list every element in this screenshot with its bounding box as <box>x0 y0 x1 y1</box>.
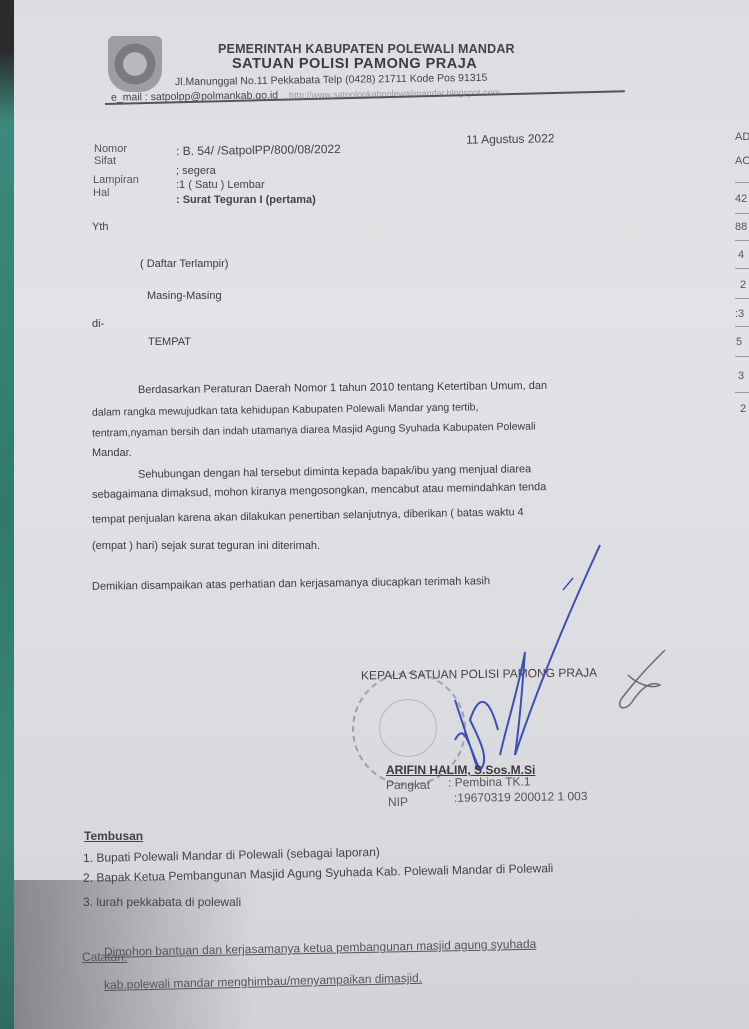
edge-divider <box>735 213 749 214</box>
edge-fragment: AO <box>735 155 749 167</box>
edge-fragment: AD <box>735 131 749 143</box>
edge-fragment: 4 <box>738 249 744 261</box>
edge-fragment: 2 <box>740 403 746 415</box>
edge-fragment: :3 <box>735 308 744 320</box>
tembusan-heading: Tembusan <box>84 829 143 843</box>
edge-fragment: 2 <box>740 279 746 291</box>
rank-label: Pangkat <box>386 778 430 792</box>
edge-fragment: 42 <box>735 193 747 205</box>
edge-divider <box>735 268 749 269</box>
edge-fragment: 5 <box>736 336 742 348</box>
edge-divider <box>735 298 749 299</box>
tembusan-item-3: 3. lurah pekkabata di polewali <box>83 895 241 909</box>
rank-value: : Pembina TK.1 <box>448 774 531 789</box>
edge-fragment: 88 <box>735 221 747 233</box>
edge-divider <box>735 356 749 357</box>
edge-fragment: 3 <box>738 370 744 382</box>
nip-label: NIP <box>388 795 408 809</box>
nip-value: :19670319 200012 1 003 <box>454 789 588 805</box>
edge-divider <box>735 392 749 393</box>
edge-divider <box>735 240 749 241</box>
edge-divider <box>735 182 749 183</box>
edge-divider <box>735 326 749 327</box>
